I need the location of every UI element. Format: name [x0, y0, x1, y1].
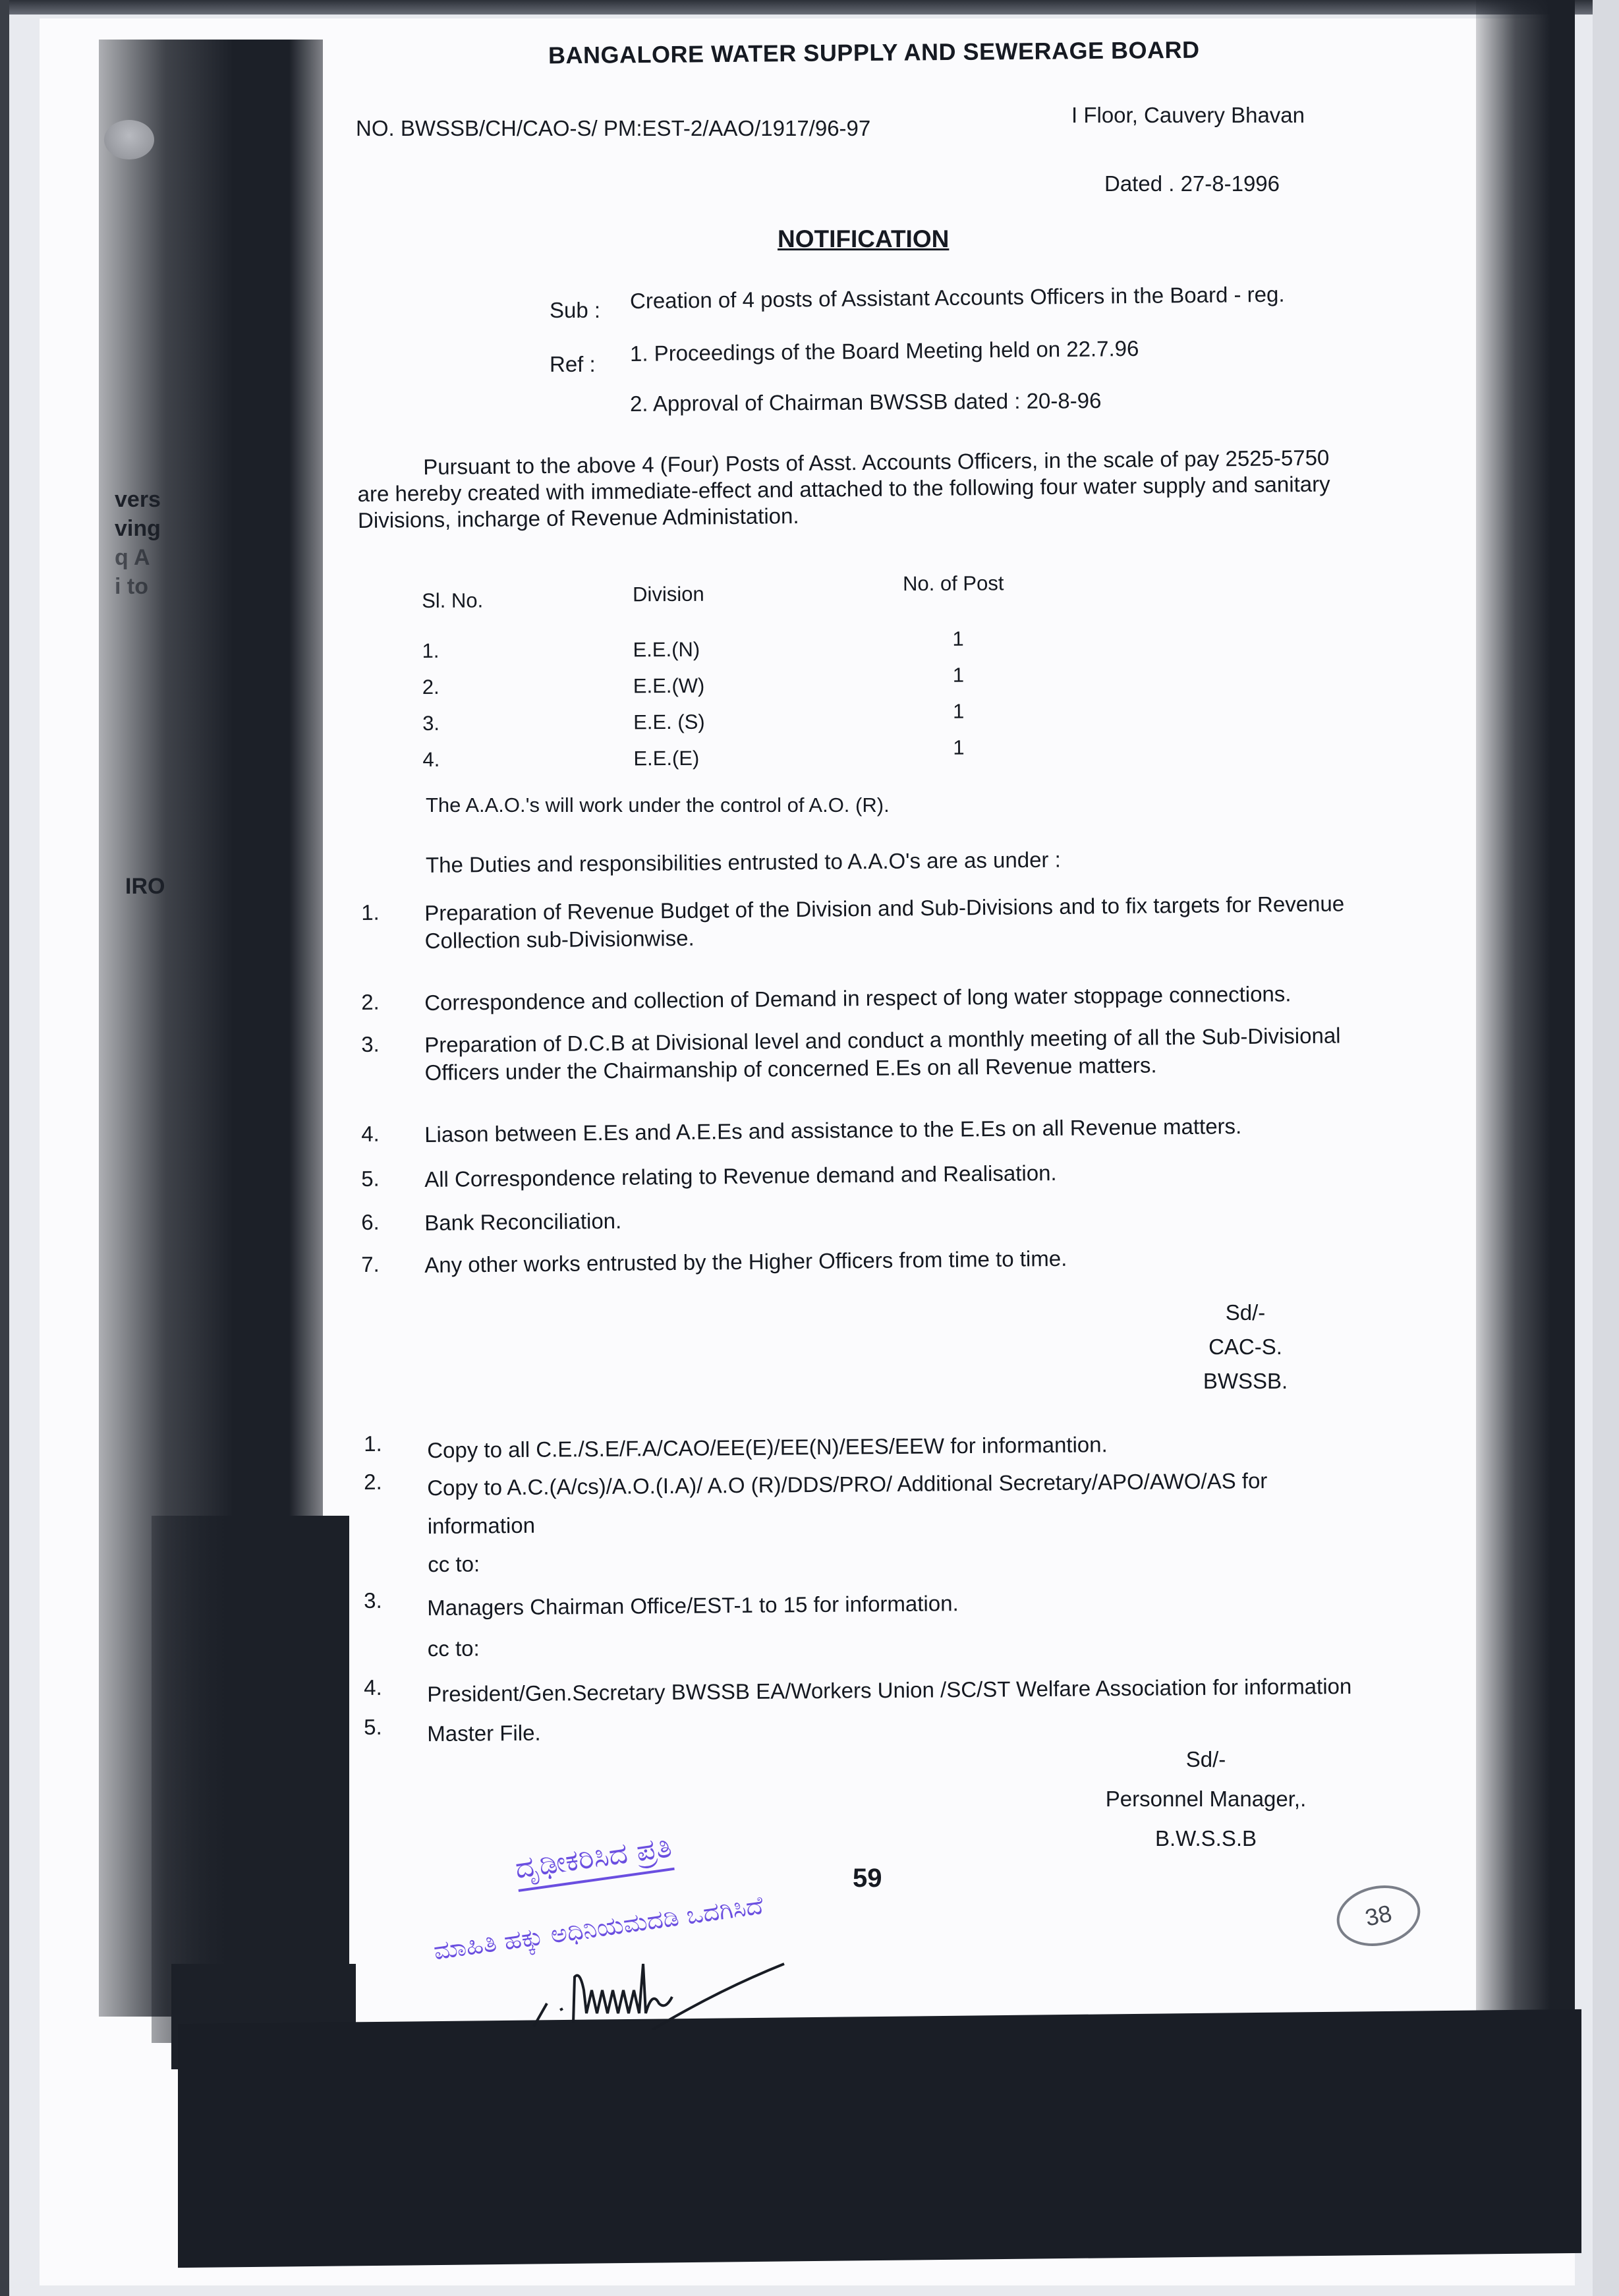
handwritten-signature [521, 1951, 929, 2030]
table-cell: 2. [422, 675, 440, 699]
posts-table: Sl. No. Division No. of Post 1. E.E.(N) … [422, 577, 1016, 784]
folio-number-circled: 38 [1331, 1878, 1426, 1954]
copy-number: 5. [364, 1715, 382, 1740]
duty-text: Correspondence and collection of Demand … [424, 981, 1292, 1015]
duty-number: 1. [361, 900, 380, 925]
table-cell: 3. [422, 712, 440, 735]
copy-number: 4. [364, 1675, 382, 1700]
duty-text: Bank Reconciliation. [424, 1209, 621, 1235]
cc-label: cc to: [428, 1624, 959, 1669]
copy-item: 1. Copy to all C.E./S.E/F.A/CAO/EE(E)/EE… [364, 1422, 1392, 1431]
table-row: 1. E.E.(N) 1 [422, 636, 1015, 675]
table-cell: 1 [953, 700, 964, 724]
notification-title: NOTIFICATION [778, 227, 949, 251]
signature-block-personnel-manager: Sd/- Personnel Manager,. B.W.S.S.B [1067, 1740, 1344, 1858]
signature-line: Sd/- [1160, 1296, 1331, 1330]
column-header: Sl. No. [422, 589, 483, 613]
signature-line: Sd/- [1067, 1740, 1344, 1779]
duty-number: 4. [361, 1122, 380, 1147]
duty-number: 7. [361, 1252, 380, 1277]
copy-text: Copy to A.C.(A/cs)/A.O.(I.A)/ A.O (R)/DD… [427, 1462, 1268, 1507]
reference-item: 1. Proceedings of the Board Meeting held… [630, 337, 1139, 364]
duty-item: 5. All Correspondence relating to Revenu… [361, 1155, 1415, 1166]
copy-text: Master File. [427, 1721, 541, 1746]
copy-number: 1. [364, 1431, 382, 1456]
subject-text: Creation of 4 posts of Assistant Account… [630, 283, 1285, 312]
table-row: 4. E.E.(E) 1 [422, 745, 1015, 784]
office-address: I Floor, Cauvery Bhavan [1071, 104, 1305, 126]
duty-item: 4. Liason between E.Es and A.E.Es and as… [361, 1110, 1415, 1122]
duty-number: 3. [361, 1032, 380, 1057]
control-note: The A.A.O.'s will work under the control… [426, 795, 890, 815]
duty-item: 7. Any other works entrusted by the High… [361, 1241, 1415, 1252]
table-cell: 1 [952, 627, 963, 651]
column-header: Division [633, 583, 704, 607]
table-cell: E.E. (S) [633, 710, 705, 735]
reference-item: 2. Approval of Chairman BWSSB dated : 20… [630, 389, 1102, 415]
document-date: Dated . 27-8-1996 [1104, 173, 1280, 194]
organization-title: BANGALORE WATER SUPPLY AND SEWERAGE BOAR… [548, 38, 1200, 68]
duty-text: Liason between E.Es and A.E.Es and assis… [424, 1114, 1241, 1147]
copy-number: 2. [364, 1470, 382, 1495]
reference-number: NO. BWSSB/CH/CAO-S/ PM:EST-2/AAO/1917/96… [356, 117, 870, 139]
signature-block-cao: Sd/- CAC-S. BWSSB. [1160, 1296, 1331, 1398]
column-header: No. of Post [903, 571, 1004, 596]
table-header: Sl. No. Division No. of Post [422, 577, 1015, 639]
stamp-text: ದೃಢೀಕರಿಸಿದ ಪ್ರತಿ [513, 1830, 675, 1892]
copy-number: 3. [364, 1588, 382, 1613]
duty-item: 3. Preparation of D.C.B at Divisional le… [361, 1021, 1415, 1032]
table-cell: 1. [422, 639, 439, 663]
table-cell: E.E.(N) [633, 638, 700, 662]
duty-item: 1. Preparation of Revenue Budget of the … [361, 889, 1415, 900]
signature-line: B.W.S.S.B [1067, 1819, 1344, 1858]
reference-label: Ref : [550, 353, 596, 375]
body-paragraph: Pursuant to the above 4 (Four) Posts of … [357, 444, 1386, 534]
copy-text: Managers Chairman Office/EST-1 to 15 for… [427, 1583, 959, 1628]
signature-line: CAC-S. [1160, 1330, 1331, 1364]
copy-text: President/Gen.Secretary BWSSB EA/Workers… [427, 1674, 1351, 1706]
table-row: 3. E.E. (S) 1 [422, 708, 1015, 748]
duty-text: Any other works entrusted by the Higher … [424, 1246, 1067, 1277]
table-row: 2. E.E.(W) 1 [422, 672, 1015, 712]
cc-label: cc to: [428, 1538, 1268, 1584]
duty-number: 2. [361, 990, 380, 1015]
table-cell: 4. [422, 748, 440, 772]
table-cell: E.E.(E) [633, 747, 699, 771]
document-content: BANGALORE WATER SUPPLY AND SEWERAGE BOAR… [0, 0, 1619, 2296]
duty-item: 6. Bank Reconciliation. [361, 1199, 1415, 1210]
duty-text: All Correspondence relating to Revenue d… [424, 1161, 1057, 1191]
signature-line: Personnel Manager,. [1067, 1779, 1344, 1819]
signature-line: BWSSB. [1160, 1364, 1331, 1398]
duty-item: 2. Correspondence and collection of Dema… [361, 979, 1415, 990]
table-cell: E.E.(W) [633, 674, 705, 699]
page-number: 59 [853, 1865, 882, 1891]
duties-intro: The Duties and responsibilities entruste… [426, 849, 1061, 876]
duty-number: 5. [361, 1166, 380, 1191]
table-cell: 1 [953, 664, 964, 687]
table-cell: 1 [953, 736, 964, 760]
copy-text: Copy to all C.E./S.E/F.A/CAO/EE(E)/EE(N)… [427, 1432, 1108, 1462]
subject-label: Sub : [550, 299, 600, 321]
duty-number: 6. [361, 1210, 380, 1235]
